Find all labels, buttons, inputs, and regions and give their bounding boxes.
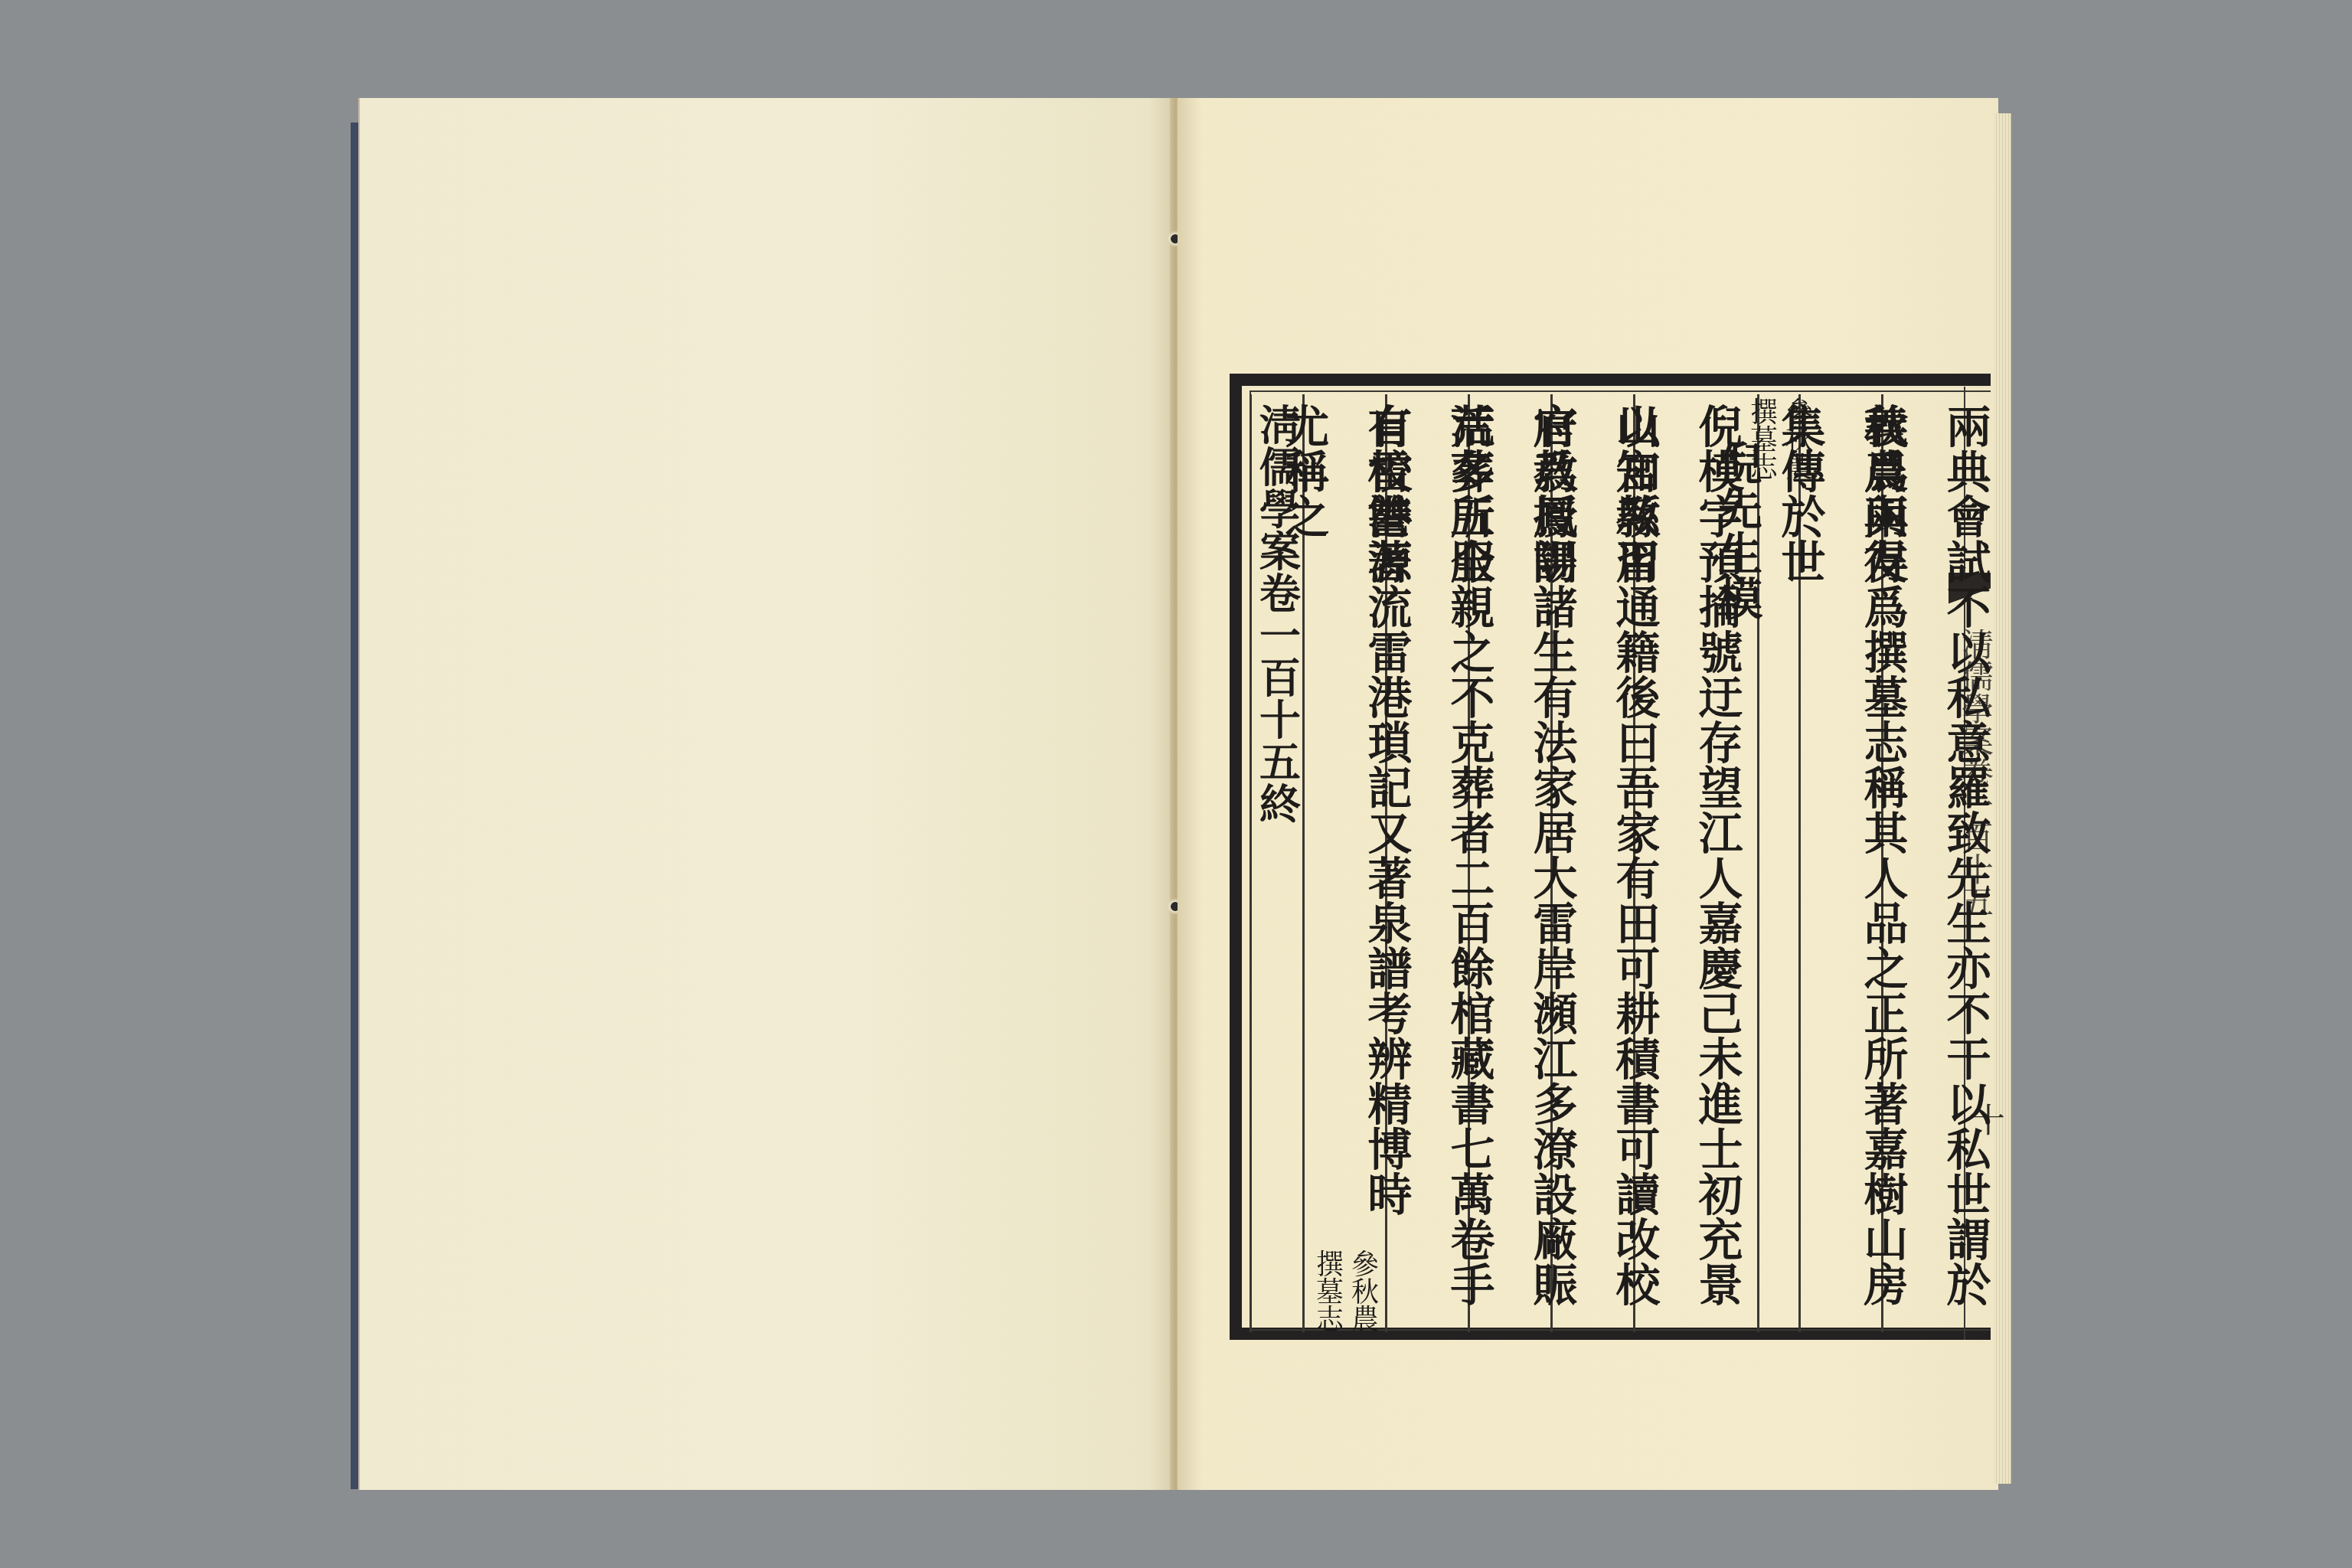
- left-page-blank: [360, 98, 1173, 1490]
- note-line: 參秋農: [1347, 1249, 1379, 1332]
- source-note: 參秋農 撰墓志: [1312, 1249, 1379, 1332]
- volume-end-title: 淸儒學案卷一百十五終: [1251, 394, 1304, 825]
- text-column-9: 有雷港源流雷港瑣記又著泉譜考辨精博時尤稱之 參秋農 撰墓志: [1302, 394, 1385, 1332]
- text-column-closing: 淸儒學案卷一百十五終: [1249, 394, 1302, 1332]
- note-line: 參秋農: [1781, 397, 1813, 480]
- text-column-2: 秋農與友爲撰墓志稱其人品之正所著嘉樹山房集傳於世: [1798, 394, 1881, 1332]
- note-line: 撰墓志: [1312, 1249, 1344, 1332]
